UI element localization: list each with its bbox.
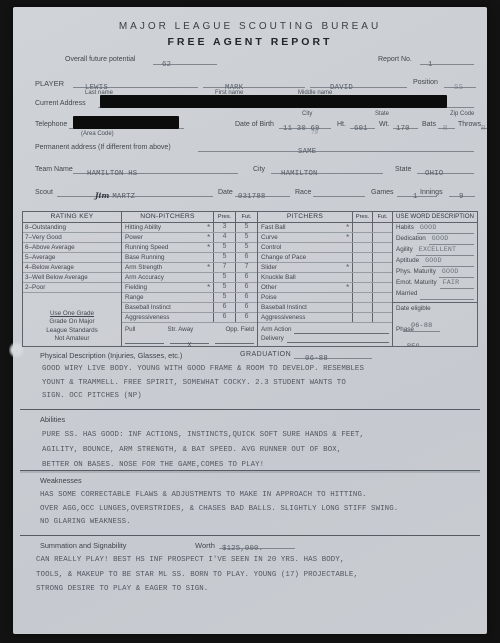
pres-grade xyxy=(352,253,372,262)
fut-grade: 5 xyxy=(235,223,257,232)
pres-grade: 5 xyxy=(213,273,235,282)
dedication-label: Dedication xyxy=(396,234,426,245)
innings-value: 9 xyxy=(459,191,464,203)
rating-row-arm-strength: Arm Strength*77 xyxy=(122,263,257,273)
skill-label: Running Speed xyxy=(125,243,168,252)
report-title: FREE AGENT REPORT xyxy=(13,36,487,48)
opposite-field-label: Opp. Field xyxy=(225,326,254,334)
non-pitchers-header: NON-PITCHERS xyxy=(122,212,213,222)
rating-key-item-5: 5–Average xyxy=(23,253,121,263)
bureau-title: MAJOR LEAGUE SCOUTING BUREAU xyxy=(13,21,487,32)
team-city-label: City xyxy=(253,166,265,173)
overall-future-potential-label: Overall future potential xyxy=(65,56,135,63)
report-no-value: 1 xyxy=(428,59,433,71)
fut-grade xyxy=(372,273,392,282)
telephone-redaction-bar xyxy=(73,116,179,129)
fut-grade: 6 xyxy=(235,253,257,262)
footnote-line: Grade On Major xyxy=(23,318,121,327)
star-mark: * xyxy=(345,223,352,232)
field-habits: HabitsGOOD xyxy=(393,223,477,234)
dedication-value: GOOD xyxy=(429,234,474,245)
word-description-column: USE WORD DESCRIPTION HabitsGOOD Dedicati… xyxy=(392,212,477,346)
rating-row-knuckle-ball: Knuckle Ball xyxy=(258,273,392,283)
straight-away-label: Str. Away xyxy=(168,326,194,334)
innings-field: 9 xyxy=(449,185,475,197)
report-page: MAJOR LEAGUE SCOUTING BUREAU FREE AGENT … xyxy=(13,7,487,634)
team-state-label: State xyxy=(395,166,411,173)
scout-date-label: Date xyxy=(218,189,233,196)
skill-label: Aggressiveness xyxy=(125,313,169,322)
scanned-report: MAJOR LEAGUE SCOUTING BUREAU FREE AGENT … xyxy=(0,0,500,643)
hitting-spray-field: Pull Str. Away Opp. Field X xyxy=(122,326,257,346)
skill-label: Knuckle Ball xyxy=(261,273,296,282)
rating-key-item-3: 3–Well Below Average xyxy=(23,273,121,283)
aptitude-value: GOOD xyxy=(422,256,474,267)
footnote-line: Use One Grade xyxy=(23,310,121,319)
arm-action-label: Arm Action xyxy=(261,325,291,334)
star-mark: * xyxy=(206,283,213,292)
abilities-text: PURE SS. HAS GOOD: INF ACTIONS, INSTINCT… xyxy=(42,428,472,473)
team-name-value: HAMILTON HS xyxy=(87,168,137,180)
habits-label: Habits xyxy=(396,223,414,234)
eligibility-block: Date eligible 06-88 Phase REG xyxy=(393,302,477,346)
married-value xyxy=(420,289,474,300)
weight-value: 170 xyxy=(396,123,410,135)
fut-grade: 6 xyxy=(235,293,257,302)
rating-key-item-4: 4–Below Average xyxy=(23,263,121,273)
date-of-birth-label: Date of Birth xyxy=(235,121,274,128)
games-value: 1 xyxy=(413,191,418,203)
player-middle-name-field: DAVID xyxy=(310,76,407,88)
agility-value: EXCELLENT xyxy=(416,245,474,256)
throws-label: Throws xyxy=(458,121,481,128)
non-pitchers-column: NON-PITCHERS Pres. Fut. Hitting Ability*… xyxy=(121,212,257,346)
date-of-birth-field: 11 30 69 xyxy=(279,117,331,129)
field-married: Married xyxy=(393,289,477,300)
rating-row-base-running: Base Running56 xyxy=(122,253,257,263)
rating-key-item-8: 8–Outstanding xyxy=(23,223,121,233)
pres-grade: 5 xyxy=(213,253,235,262)
permanent-address-value: SAME xyxy=(298,146,316,158)
team-city-value: HAMILTON xyxy=(281,168,318,180)
team-name-label: Team Name xyxy=(35,166,73,173)
fut-grade: 5 xyxy=(235,243,257,252)
games-label: Games xyxy=(371,189,394,196)
skill-label: Baseball Instinct xyxy=(261,303,307,312)
skill-label: Slider xyxy=(261,263,277,272)
rating-key-item-2: 2–Poor xyxy=(23,283,121,293)
rating-row-aggressiveness-p: Aggressiveness xyxy=(258,313,392,323)
fut-column-header: Fut. xyxy=(372,212,392,222)
fut-grade: 5 xyxy=(235,233,257,242)
pres-grade: 3 xyxy=(213,223,235,232)
team-name-field: HAMILTON HS xyxy=(73,162,238,174)
rating-key-item-7: 7–Very Good xyxy=(23,233,121,243)
skill-label: Arm Strength xyxy=(125,263,162,272)
skill-label: Hitting Ability xyxy=(125,223,161,232)
star-mark: * xyxy=(206,243,213,252)
habits-value: GOOD xyxy=(417,223,474,234)
weaknesses-text: HAS SOME CORRECTABLE FLAWS & ADJUSTMENTS… xyxy=(40,489,480,530)
rating-row-curve: Curve* xyxy=(258,233,392,243)
report-no-label: Report No. xyxy=(378,56,412,63)
scout-date-value: 031788 xyxy=(238,191,265,203)
skill-label: Curve xyxy=(261,233,278,242)
pull-blank xyxy=(125,334,164,344)
team-state-value: OHIO xyxy=(425,168,443,180)
rating-table: RATING KEY 8–Outstanding 7–Very Good 6–A… xyxy=(22,211,478,347)
rating-row-slider: Slider* xyxy=(258,263,392,273)
pres-grade xyxy=(352,283,372,292)
rating-key-item-6: 6–Above Average xyxy=(23,243,121,253)
opposite-field-blank xyxy=(215,334,254,344)
rating-row-baseball-instinct-p: Baseball Instinct xyxy=(258,303,392,313)
graduation-field: 06-88 xyxy=(294,347,372,359)
pres-grade xyxy=(352,263,372,272)
abilities-label: Abilities xyxy=(40,415,65,424)
summation-text: CAN REALLY PLAY! BEST HS INF PROSPECT I'… xyxy=(36,553,476,597)
rating-row-arm-accuracy: Arm Accuracy56 xyxy=(122,273,257,283)
player-last-name-field: LEWIS xyxy=(73,76,198,88)
date-eligible-label: Date eligible xyxy=(393,304,477,314)
pitchers-header: PITCHERS xyxy=(258,212,352,222)
fut-grade xyxy=(372,233,392,242)
skill-label: Base Running xyxy=(125,253,165,262)
section-divider xyxy=(20,409,480,410)
star-mark: * xyxy=(206,233,213,242)
rating-row-hitting-ability: Hitting Ability*35 xyxy=(122,223,257,233)
weight-field: 170 xyxy=(393,117,418,129)
fut-grade xyxy=(372,243,392,252)
fut-grade xyxy=(372,223,392,232)
fut-grade xyxy=(372,313,392,322)
height-value: 601 xyxy=(354,123,368,135)
position-label: Position xyxy=(413,79,438,86)
pres-grade xyxy=(352,313,372,322)
player-middle-name: DAVID xyxy=(330,82,353,94)
skill-label: Arm Accuracy xyxy=(125,273,164,282)
telephone-label: Telephone xyxy=(35,121,67,128)
pres-column-header: Pres. xyxy=(352,212,372,222)
word-description-header: USE WORD DESCRIPTION xyxy=(393,212,477,223)
worth-field: $125,000. xyxy=(219,537,295,549)
fut-grade xyxy=(372,293,392,302)
bats-label: Bats xyxy=(422,121,436,128)
rating-row-fielding: Fielding*56 xyxy=(122,283,257,293)
non-pitchers-header-row: NON-PITCHERS Pres. Fut. xyxy=(122,212,257,223)
bats-value: R xyxy=(443,123,448,135)
bats-field: R xyxy=(438,117,455,129)
race-field xyxy=(313,185,365,197)
pres-grade: 5 xyxy=(213,293,235,302)
pres-grade: 7 xyxy=(213,263,235,272)
current-address-label: Current Address xyxy=(35,100,86,107)
pres-grade xyxy=(352,303,372,312)
pres-grade xyxy=(352,243,372,252)
fut-grade xyxy=(372,283,392,292)
skill-label: Other xyxy=(261,283,277,292)
fut-grade xyxy=(372,303,392,312)
footnote-line: League Standards xyxy=(23,327,121,336)
arm-action-blank xyxy=(294,325,389,334)
rating-row-poise: Poise xyxy=(258,293,392,303)
fut-grade: 6 xyxy=(235,283,257,292)
summation-label: Summation and Signability xyxy=(40,541,126,550)
worth-label: Worth xyxy=(195,541,215,550)
rating-row-control: Control xyxy=(258,243,392,253)
pres-grade: 6 xyxy=(213,313,235,322)
graduation-label: GRADUATION xyxy=(240,351,291,358)
area-code-sublabel: (Area Code) xyxy=(81,131,114,137)
pres-grade xyxy=(352,233,372,242)
skill-label: Fielding xyxy=(125,283,147,292)
throws-value: R xyxy=(481,123,486,135)
pull-label: Pull xyxy=(125,326,135,334)
height-field: 601 xyxy=(350,117,375,129)
scout-date-field: 031788 xyxy=(235,185,290,197)
section-divider xyxy=(20,470,480,471)
star-mark: * xyxy=(345,233,352,242)
fut-column-header: Fut. xyxy=(235,212,257,222)
pitchers-header-row: PITCHERS Pres. Fut. xyxy=(258,212,392,223)
pres-column-header: Pres. xyxy=(213,212,235,222)
delivery-label: Delivery xyxy=(261,334,284,343)
field-emot-maturity: Emot. MaturityFAIR xyxy=(393,278,477,289)
skill-label: Baseball Instinct xyxy=(125,303,171,312)
field-phys-maturity: Phys. MaturityGOOD xyxy=(393,267,477,278)
field-agility: AgilityEXCELLENT xyxy=(393,245,477,256)
section-divider xyxy=(20,535,480,536)
rating-key-footnote: Use One Grade Grade On Major League Stan… xyxy=(23,310,121,346)
pres-grade: 5 xyxy=(213,283,235,292)
skill-label: Aggressiveness xyxy=(261,313,305,322)
agility-label: Agility xyxy=(396,245,413,256)
footnote-line: Not Amateur xyxy=(23,335,121,344)
skill-label: Fast Ball xyxy=(261,223,286,232)
pres-grade xyxy=(352,223,372,232)
weaknesses-label: Weaknesses xyxy=(40,476,82,485)
player-label: PLAYER xyxy=(35,79,64,88)
emot-maturity-value: FAIR xyxy=(440,278,474,289)
pres-grade: 4 xyxy=(213,233,235,242)
team-city-field: HAMILTON xyxy=(271,162,383,174)
fut-grade: 6 xyxy=(235,313,257,322)
fut-grade: 6 xyxy=(235,303,257,312)
permanent-address-label: Permanent address (If different from abo… xyxy=(35,144,171,151)
phys-maturity-value: GOOD xyxy=(439,267,474,278)
fut-grade xyxy=(372,253,392,262)
fut-grade: 6 xyxy=(235,273,257,282)
date-of-birth-handwritten-note: 79 xyxy=(311,130,318,136)
straight-away-check: X xyxy=(187,342,191,350)
scout-first-name-handwritten: Jim xyxy=(95,191,109,200)
rating-row-change-of-pace: Change of Pace xyxy=(258,253,392,263)
skill-label: Range xyxy=(125,293,144,302)
emot-maturity-label: Emot. Maturity xyxy=(396,278,437,289)
state-sublabel: State xyxy=(375,111,389,117)
straight-away-blank: X xyxy=(170,334,209,344)
race-label: Race xyxy=(295,189,311,196)
skill-label: Change of Pace xyxy=(261,253,306,262)
star-mark: * xyxy=(345,263,352,272)
rating-row-aggressiveness: Aggressiveness66 xyxy=(122,313,257,323)
overall-future-potential-field: 62 xyxy=(153,53,217,65)
pres-grade xyxy=(352,273,372,282)
position-value: SS xyxy=(454,82,463,94)
address-redaction-bar xyxy=(100,95,447,108)
delivery-blank xyxy=(287,334,389,343)
scout-last-name: MARTZ xyxy=(112,191,135,203)
innings-label: Innings xyxy=(420,189,443,196)
player-first-name-field: MARK xyxy=(203,76,305,88)
team-state-field: OHIO xyxy=(417,162,474,174)
rating-row-other: Other* xyxy=(258,283,392,293)
report-no-field: 1 xyxy=(420,53,474,65)
skill-label: Power xyxy=(125,233,143,242)
physical-description-label: Physical Description (Injuries, Glasses,… xyxy=(40,351,182,360)
married-label: Married xyxy=(396,289,417,300)
physical-description-text: GOOD WIRY LIVE BODY. YOUNG WITH GOOD FRA… xyxy=(42,363,472,404)
rating-row-range: Range56 xyxy=(122,293,257,303)
overall-future-potential-value: 62 xyxy=(162,59,171,71)
field-aptitude: AptitudeGOOD xyxy=(393,256,477,267)
pres-grade: 6 xyxy=(213,303,235,312)
rating-row-running-speed: Running Speed*55 xyxy=(122,243,257,253)
fut-grade xyxy=(372,263,392,272)
skill-label: Control xyxy=(261,243,281,252)
star-mark: * xyxy=(206,263,213,272)
rating-key-header: RATING KEY xyxy=(23,212,121,223)
pitchers-column: PITCHERS Pres. Fut. Fast Ball* Curve* Co… xyxy=(257,212,392,346)
throws-field: R xyxy=(481,117,487,129)
rating-row-baseball-instinct: Baseball Instinct66 xyxy=(122,303,257,313)
skill-label: Poise xyxy=(261,293,277,302)
scout-label: Scout xyxy=(35,189,53,196)
field-dedication: DedicationGOOD xyxy=(393,234,477,245)
pres-grade xyxy=(352,293,372,302)
fut-grade: 7 xyxy=(235,263,257,272)
height-label: Ht. xyxy=(337,121,346,128)
pres-grade: 5 xyxy=(213,243,235,252)
phase-value: REG xyxy=(407,343,420,346)
weight-label: Wt. xyxy=(379,121,390,128)
rating-row-power: Power*45 xyxy=(122,233,257,243)
permanent-address-field: SAME xyxy=(198,140,474,152)
scout-field: JimMARTZ xyxy=(57,185,213,197)
pitcher-mechanics-fields: Arm Action Delivery xyxy=(258,325,392,346)
star-mark: * xyxy=(206,223,213,232)
phys-maturity-label: Phys. Maturity xyxy=(396,267,436,278)
rating-key-column: RATING KEY 8–Outstanding 7–Very Good 6–A… xyxy=(23,212,121,346)
position-field: SS xyxy=(444,76,476,88)
rating-row-fast-ball: Fast Ball* xyxy=(258,223,392,233)
aptitude-label: Aptitude xyxy=(396,256,419,267)
star-mark: * xyxy=(345,283,352,292)
